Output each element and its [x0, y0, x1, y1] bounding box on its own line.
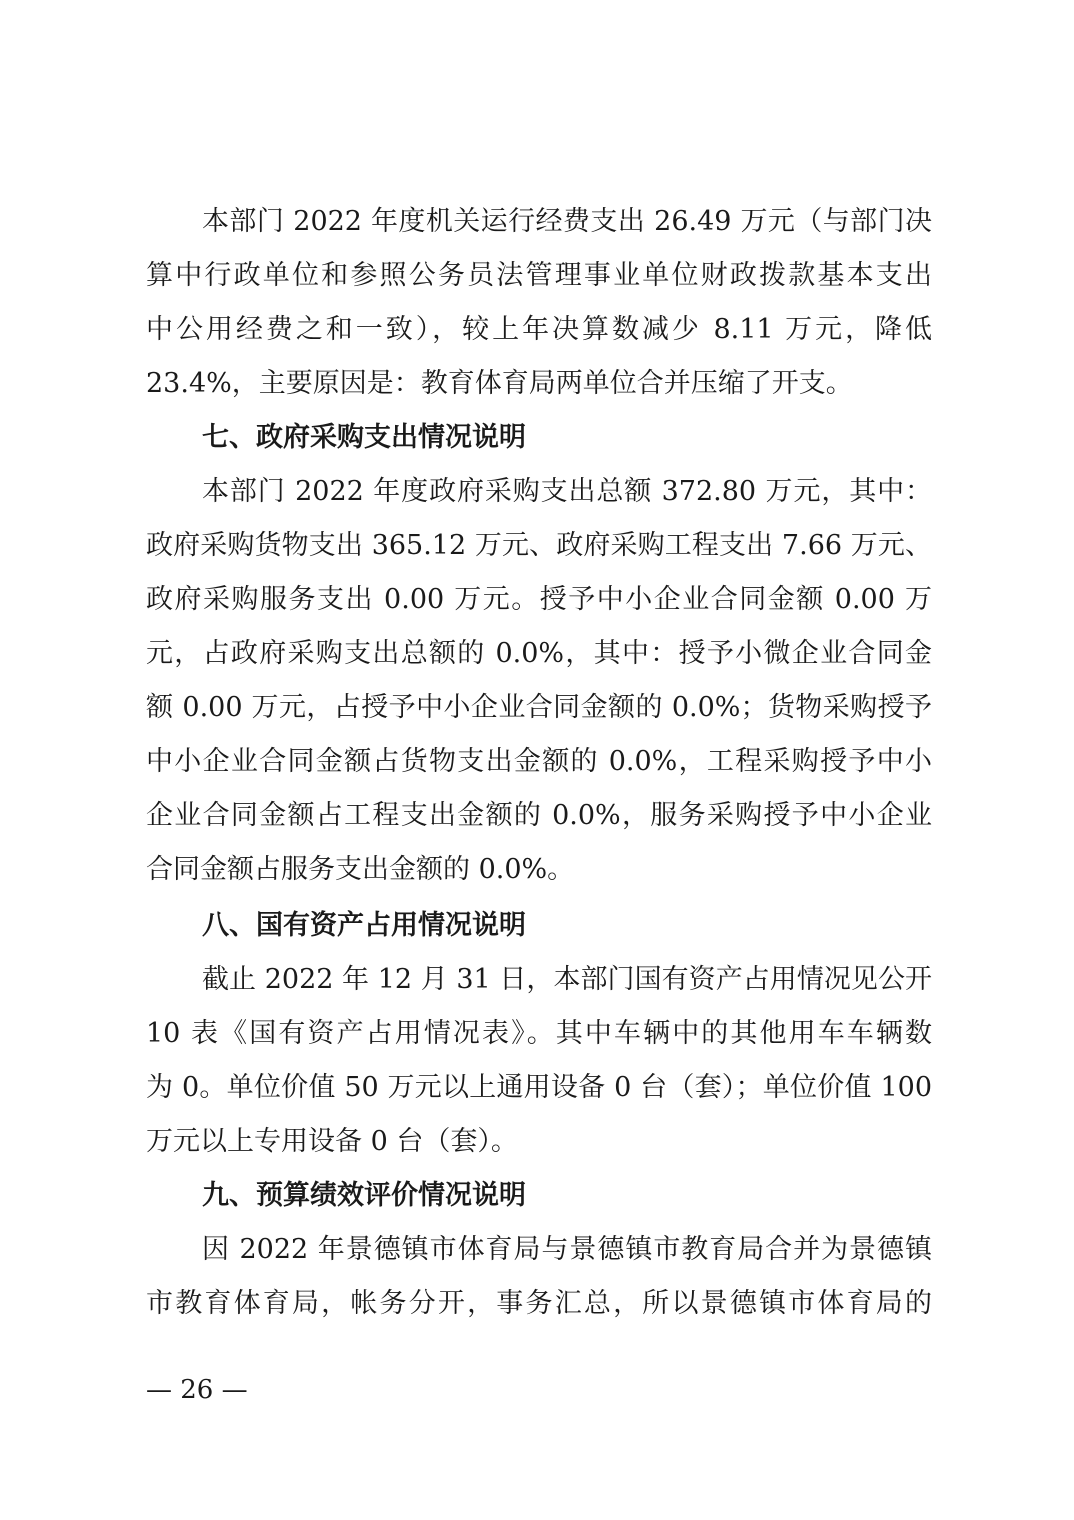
- paragraph-line: 10 表《国有资产占用情况表》。其中车辆中的其他用车车辆数: [146, 1014, 932, 1054]
- paragraph-line: 政府采购货物支出 365.12 万元、政府采购工程支出 7.66 万元、: [146, 526, 932, 566]
- section-heading-performance: 九、预算绩效评价情况说明: [202, 1176, 526, 1216]
- section-heading-procurement: 七、政府采购支出情况说明: [202, 418, 526, 458]
- paragraph-line: 政府采购服务支出 0.00 万元。授予中小企业合同金额 0.00 万: [146, 580, 932, 620]
- section-heading-assets: 八、国有资产占用情况说明: [202, 906, 526, 946]
- paragraph-line: 市教育体育局，帐务分开，事务汇总，所以景德镇市体育局的: [146, 1284, 932, 1324]
- paragraph-line: 本部门 2022 年度机关运行经费支出 26.49 万元（与部门决: [202, 202, 932, 242]
- paragraph-line: 万元以上专用设备 0 台（套）。: [146, 1122, 932, 1162]
- paragraph-line: 本部门 2022 年度政府采购支出总额 372.80 万元，其中：: [202, 472, 932, 512]
- page-number: — 26 —: [146, 1372, 248, 1408]
- paragraph-line: 为 0。单位价值 50 万元以上通用设备 0 台（套）；单位价值 100: [146, 1068, 932, 1108]
- paragraph-line: 截止 2022 年 12 月 31 日，本部门国有资产占用情况见公开: [202, 960, 932, 1000]
- paragraph-line: 额 0.00 万元，占授予中小企业合同金额的 0.0%；货物采购授予: [146, 688, 932, 728]
- paragraph-line: 元，占政府采购支出总额的 0.0%，其中：授予小微企业合同金: [146, 634, 932, 674]
- paragraph-line: 中小企业合同金额占货物支出金额的 0.0%，工程采购授予中小: [146, 742, 932, 782]
- paragraph-line: 企业合同金额占工程支出金额的 0.0%，服务采购授予中小企业: [146, 796, 932, 836]
- paragraph-line: 中公用经费之和一致），较上年决算数减少 8.11 万元，降低: [146, 310, 932, 350]
- paragraph-line: 算中行政单位和参照公务员法管理事业单位财政拨款基本支出: [146, 256, 932, 296]
- paragraph-line: 合同金额占服务支出金额的 0.0%。: [146, 850, 932, 890]
- paragraph-line: 因 2022 年景德镇市体育局与景德镇市教育局合并为景德镇: [202, 1230, 932, 1270]
- paragraph-line: 23.4%，主要原因是：教育体育局两单位合并压缩了开支。: [146, 364, 932, 404]
